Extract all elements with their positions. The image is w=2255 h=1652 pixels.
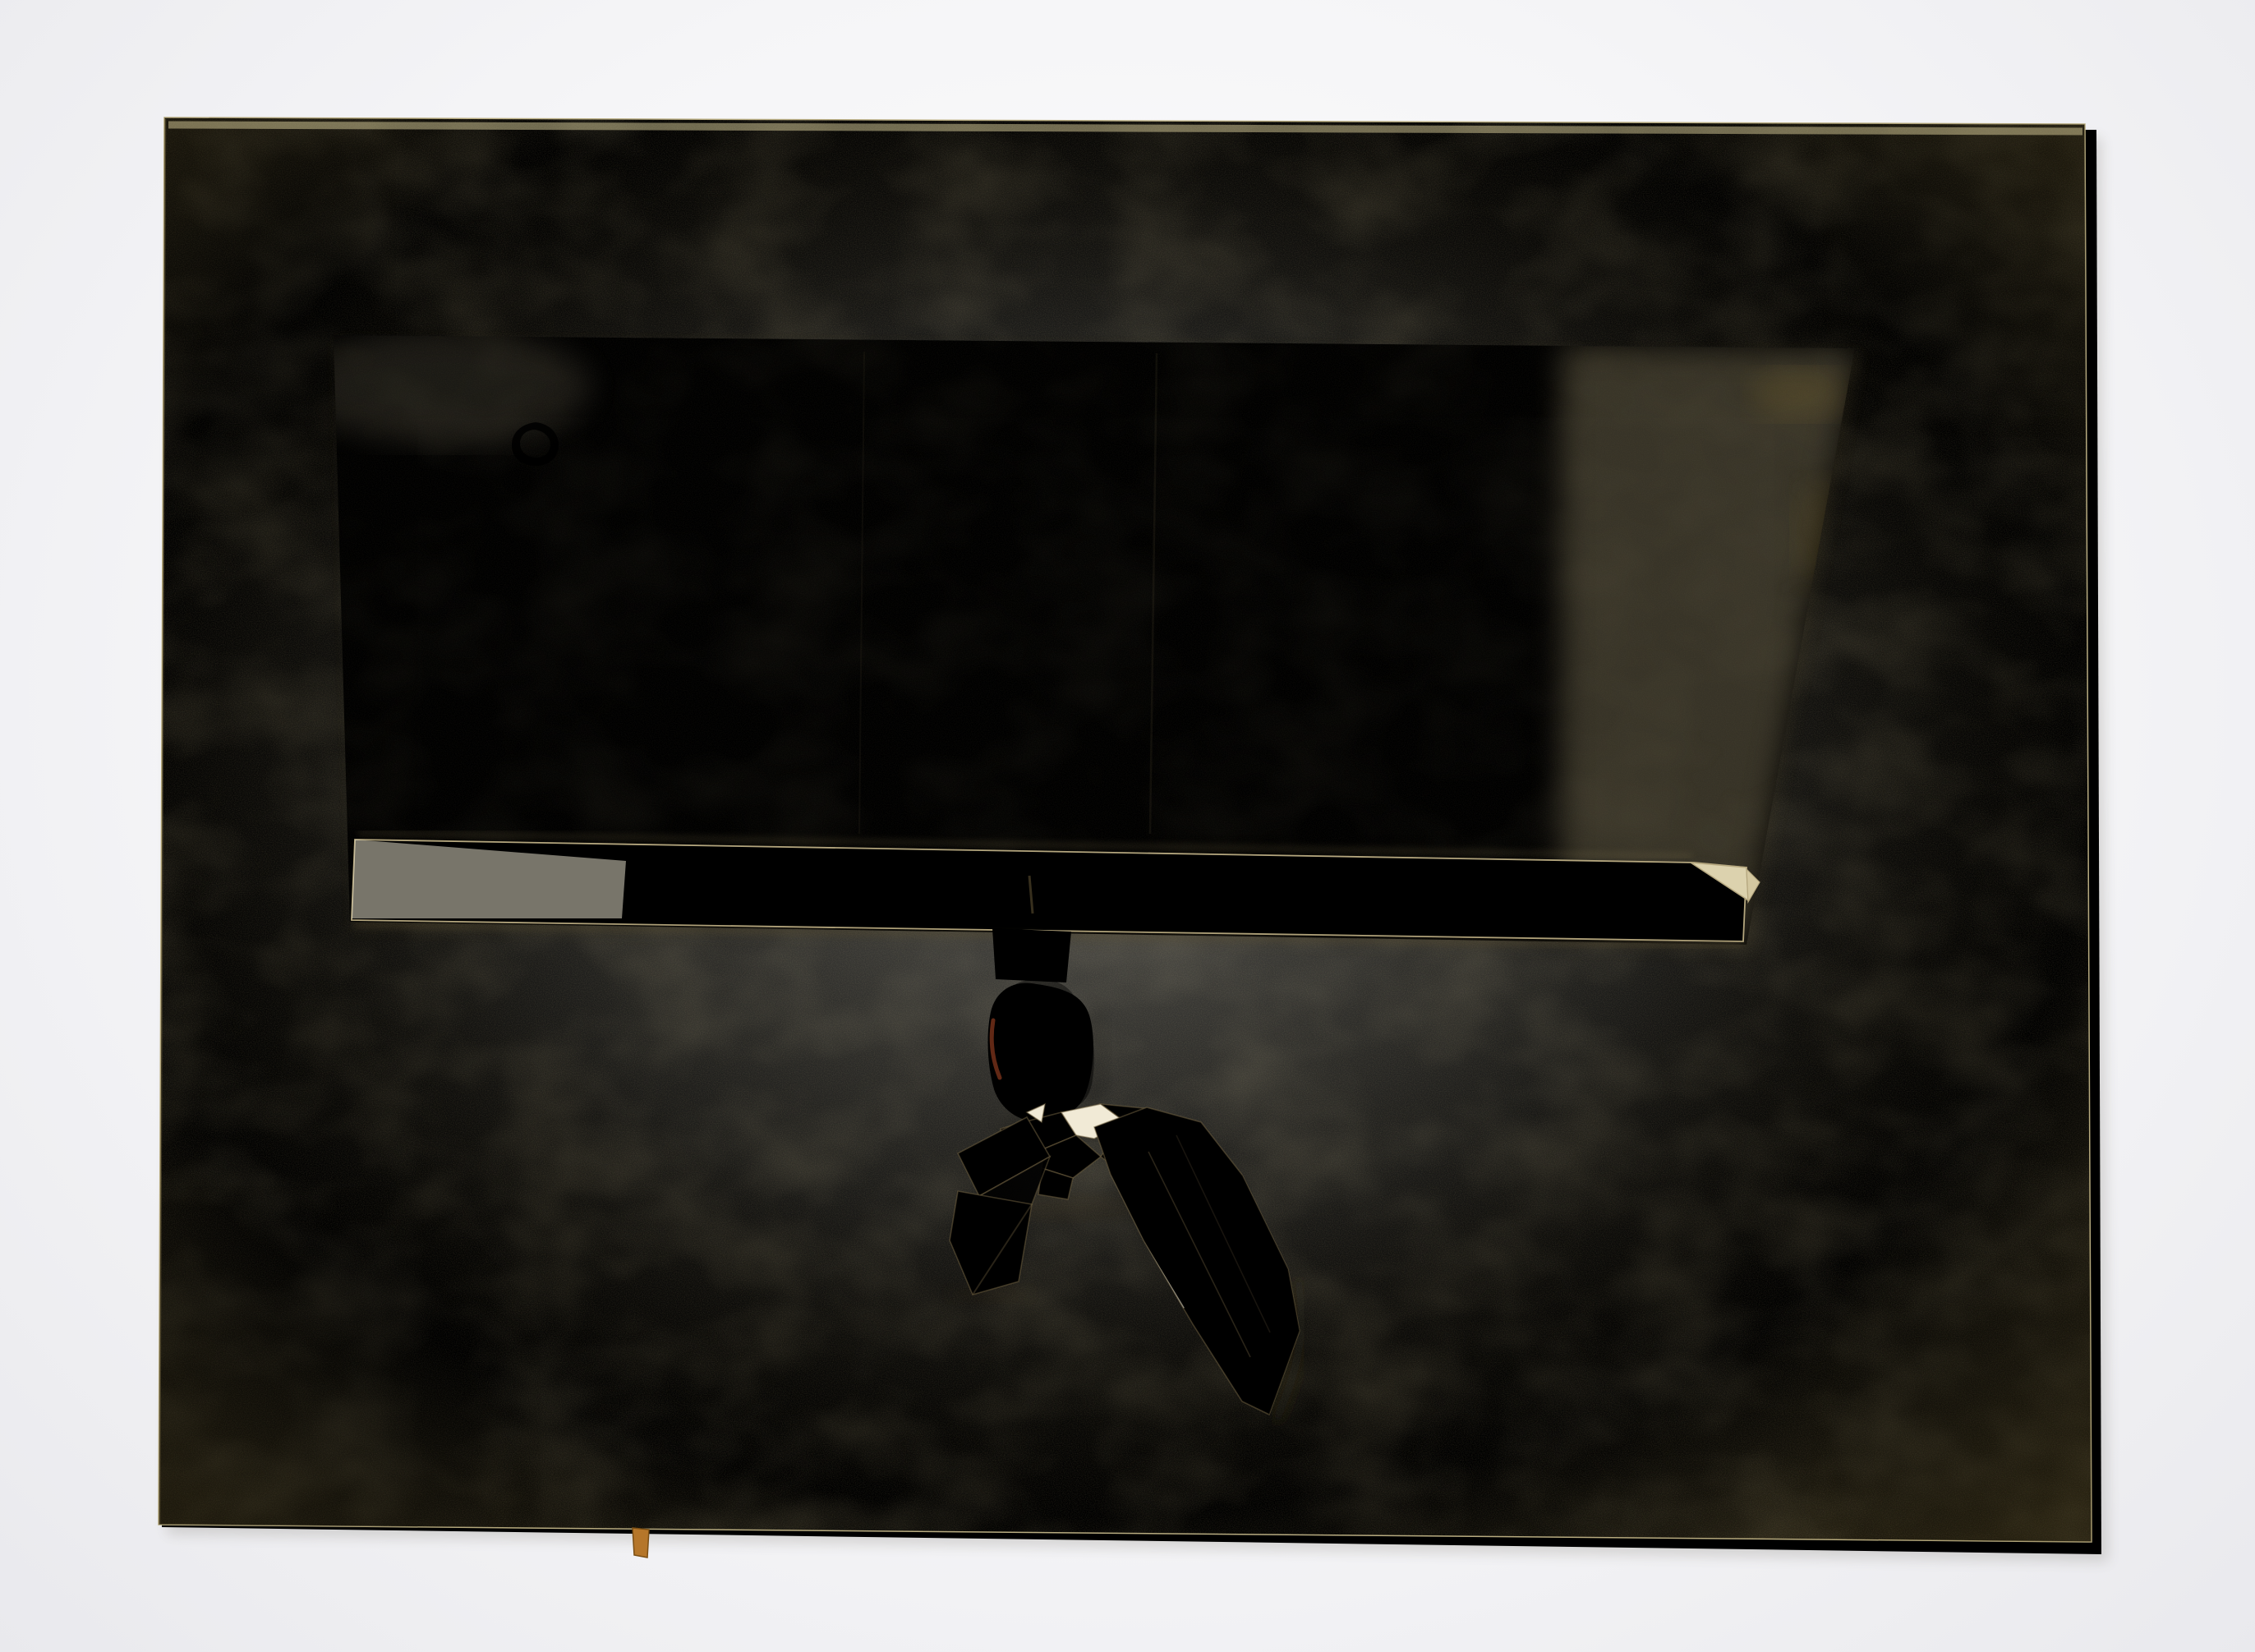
seal-tag-stub (992, 928, 1071, 982)
mat-corner-tint (16, 1224, 493, 1602)
seal-glow-spot (1006, 993, 1015, 1001)
backing-torn-tab (633, 1528, 649, 1558)
mat-corner-tint (1857, 58, 2202, 403)
scene (0, 0, 2255, 1652)
vellum-charter (296, 329, 1865, 953)
mat-corner-tint (16, 25, 361, 468)
photo-backdrop (0, 0, 2255, 1652)
vellum-stain (1750, 370, 1848, 419)
wax-seal (988, 979, 1094, 1122)
mat-corner-tint (1848, 1298, 2226, 1577)
